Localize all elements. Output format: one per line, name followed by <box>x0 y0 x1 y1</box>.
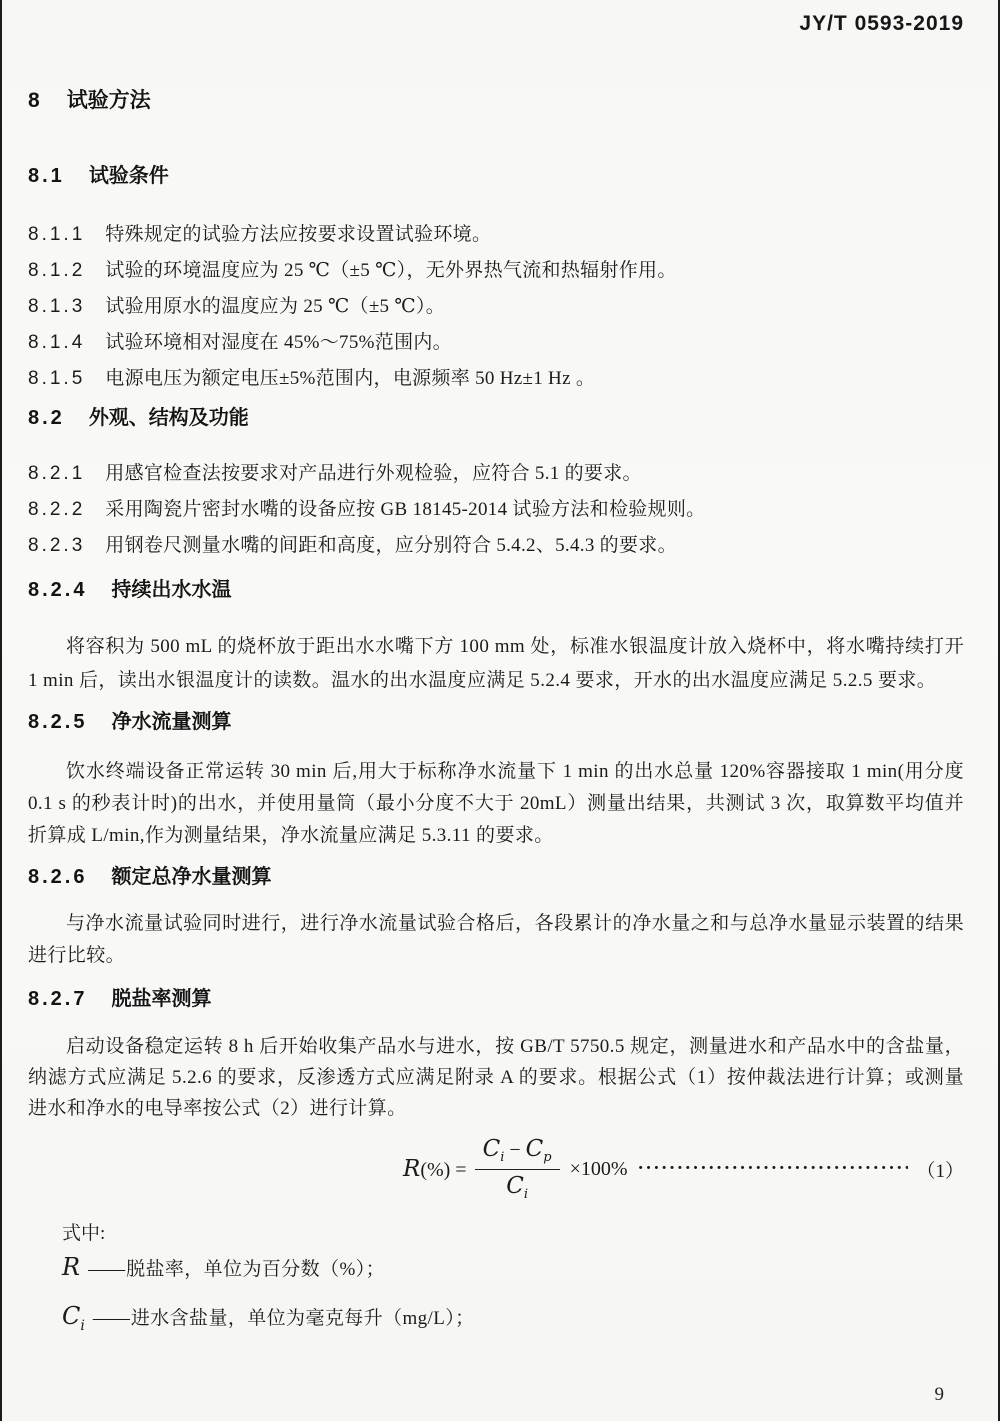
times-100-percent: ×100% <box>570 1158 628 1181</box>
section-number: 8 <box>28 88 43 114</box>
variable-Ci: C <box>506 1173 524 1199</box>
section-number: 8.2 <box>28 405 65 431</box>
section-number: 8.2.4 <box>28 577 87 603</box>
standard-code: JY/T 0593-2019 <box>799 12 964 36</box>
clause-number: 8.2.3 <box>28 529 85 562</box>
clause-text: 特殊规定的试验方法应按要求设置试验环境。 <box>105 218 491 251</box>
clause-8-1-3: 8.1.3 试验用原水的温度应为 25 ℃（±5 ℃）。 <box>28 290 964 323</box>
clause-8-2-3: 8.2.3 用钢卷尺测量水嘴的间距和高度，应分别符合 5.4.2、5.4.3 的… <box>28 529 964 562</box>
section-heading-8-2-6: 8.2.6 额定总净水量测算 <box>28 864 964 890</box>
formula-1: R(%) = Ci − Cp Ci ×100% ················… <box>28 1136 964 1202</box>
section-title: 净水流量测算 <box>111 709 231 735</box>
minus-sign: − <box>509 1139 520 1161</box>
definition-dash: —— <box>88 1259 124 1281</box>
definition-R: R —— 脱盐率，单位为百分数（%）； <box>28 1253 964 1285</box>
fraction-denominator: Ci <box>475 1170 560 1202</box>
variable-R: R <box>403 1156 420 1182</box>
paragraph-8-2-4: 将容积为 500 mL 的烧杯放于距出水水嘴下方 100 mm 处，标准水银温度… <box>28 630 964 698</box>
clause-text: 电源电压为额定电压±5%范围内，电源频率 50 Hz±1 Hz 。 <box>105 362 595 395</box>
clause-text: 采用陶瓷片密封水嘴的设备应按 GB 18145-2014 试验方法和检验规则。 <box>105 493 705 526</box>
scan-edge-left <box>0 0 2 1421</box>
subscript-i: i <box>524 1187 528 1202</box>
variable-Ci: C <box>483 1136 501 1162</box>
definition-dash: —— <box>93 1308 129 1330</box>
section-heading-8-2-5: 8.2.5 净水流量测算 <box>28 709 964 735</box>
equation-number: （1） <box>916 1156 964 1183</box>
section-heading-8: 8 试验方法 <box>28 88 964 114</box>
section-heading-8-2-7: 8.2.7 脱盐率测算 <box>28 986 964 1012</box>
section-number: 8.2.6 <box>28 864 87 890</box>
subscript-i: i <box>500 1150 504 1165</box>
formula-lhs: R(%) = <box>403 1156 467 1182</box>
equals-sign: (%) = <box>420 1159 466 1181</box>
subscript-p: p <box>543 1150 551 1165</box>
page-body: 8 试验方法 8.1 试验条件 8.1.1 特殊规定的试验方法应按要求设置试验环… <box>0 88 1000 1334</box>
symbol-Ci: Ci <box>62 1302 85 1334</box>
definition-text: 脱盐率，单位为百分数（%）； <box>126 1254 385 1281</box>
clause-text: 试验环境相对湿度在 45%～75%范围内。 <box>105 326 452 359</box>
clause-number: 8.1.3 <box>28 290 85 323</box>
clause-8-1-4: 8.1.4 试验环境相对湿度在 45%～75%范围内。 <box>28 326 964 359</box>
section-title: 脱盐率测算 <box>111 986 211 1012</box>
section-title: 额定总净水量测算 <box>111 864 271 890</box>
clause-8-2-2: 8.2.2 采用陶瓷片密封水嘴的设备应按 GB 18145-2014 试验方法和… <box>28 493 964 526</box>
legend-intro: 式中: <box>28 1218 964 1245</box>
clause-text: 用感官检查法按要求对产品进行外观检验，应符合 5.1 的要求。 <box>105 457 642 490</box>
variable-Cp: C <box>526 1136 544 1162</box>
section-number: 8.2.7 <box>28 986 87 1012</box>
definition-Ci: Ci —— 进水含盐量，单位为毫克每升（mg/L）； <box>28 1302 964 1334</box>
clause-8-1-5: 8.1.5 电源电压为额定电压±5%范围内，电源频率 50 Hz±1 Hz 。 <box>28 362 964 395</box>
clause-text: 试验的环境温度应为 25 ℃（±5 ℃），无外界热气流和热辐射作用。 <box>105 254 676 287</box>
section-title: 持续出水水温 <box>111 577 231 603</box>
clause-number: 8.2.1 <box>28 457 85 490</box>
section-title: 试验条件 <box>89 163 169 189</box>
clause-8-1-1: 8.1.1 特殊规定的试验方法应按要求设置试验环境。 <box>28 218 964 251</box>
clause-text: 用钢卷尺测量水嘴的间距和高度，应分别符合 5.4.2、5.4.3 的要求。 <box>105 529 677 562</box>
clause-text: 试验用原水的温度应为 25 ℃（±5 ℃）。 <box>105 290 445 323</box>
section-number: 8.2.5 <box>28 709 87 735</box>
section-heading-8-2-4: 8.2.4 持续出水水温 <box>28 577 964 603</box>
section-heading-8-2: 8.2 外观、结构及功能 <box>28 405 964 431</box>
formula-expression: R(%) = Ci − Cp Ci ×100% <box>403 1136 628 1202</box>
clause-number: 8.1.1 <box>28 218 85 251</box>
section-title: 试验方法 <box>67 88 151 114</box>
clause-number: 8.1.2 <box>28 254 85 287</box>
fraction: Ci − Cp Ci <box>475 1136 560 1202</box>
clause-number: 8.2.2 <box>28 493 85 526</box>
dot-leader: ········································… <box>638 1158 909 1180</box>
clause-number: 8.1.4 <box>28 326 85 359</box>
page-number: 9 <box>935 1384 945 1406</box>
paragraph-8-2-5: 饮水终端设备正常运转 30 min 后,用大于标称净水流量下 1 min 的出水… <box>28 756 964 852</box>
clause-number: 8.1.5 <box>28 362 85 395</box>
document-page: JY/T 0593-2019 8 试验方法 8.1 试验条件 8.1.1 特殊规… <box>0 0 1000 1421</box>
fraction-numerator: Ci − Cp <box>475 1136 560 1170</box>
definition-text: 进水含盐量，单位为毫克每升（mg/L）； <box>131 1303 475 1330</box>
section-heading-8-1: 8.1 试验条件 <box>28 163 964 189</box>
symbol-R: R <box>62 1253 80 1285</box>
clause-8-2-1: 8.2.1 用感官检查法按要求对产品进行外观检验，应符合 5.1 的要求。 <box>28 457 964 490</box>
section-title: 外观、结构及功能 <box>89 405 249 431</box>
section-number: 8.1 <box>28 163 65 189</box>
paragraph-8-2-6: 与净水流量试验同时进行，进行净水流量试验合格后，各段累计的净水量之和与总净水量显… <box>28 908 964 972</box>
paragraph-8-2-7: 启动设备稳定运转 8 h 后开始收集产品水与进水，按 GB/T 5750.5 规… <box>28 1031 964 1124</box>
clause-8-1-2: 8.1.2 试验的环境温度应为 25 ℃（±5 ℃），无外界热气流和热辐射作用。 <box>28 254 964 287</box>
